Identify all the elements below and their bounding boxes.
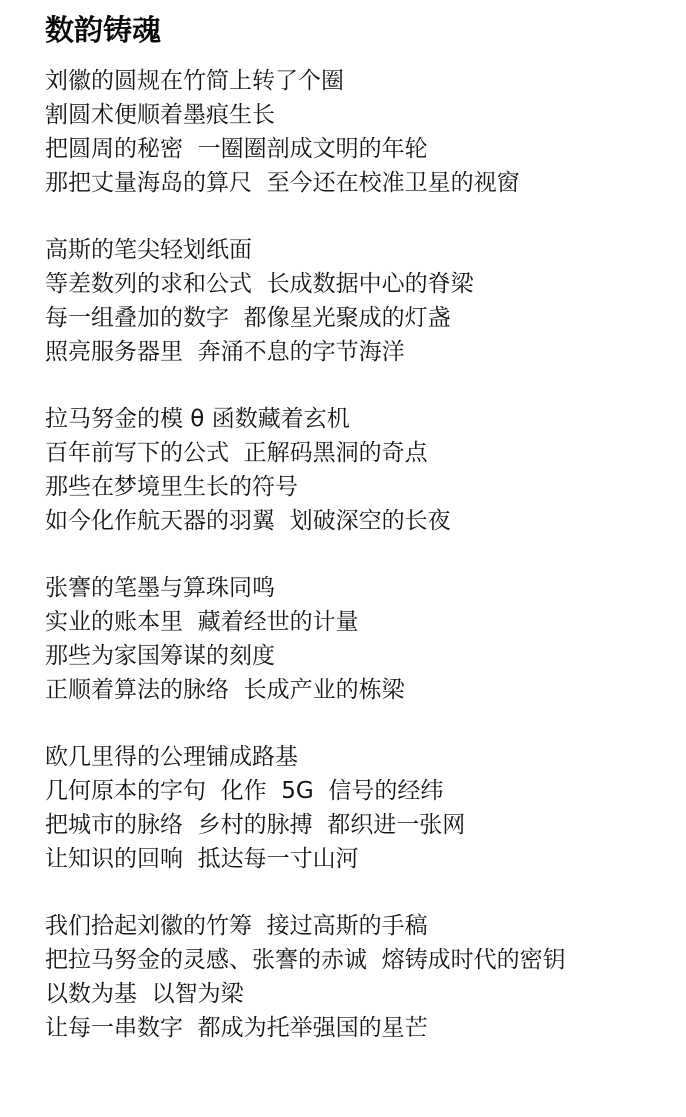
poem-line: 我们拾起刘徽的竹筹 接过高斯的手稿 [45,909,675,943]
poem-line: 几何原本的字句 化作 5G 信号的经纬 [45,774,675,808]
stanza-5: 欧几里得的公理铺成路基 几何原本的字句 化作 5G 信号的经纬 把城市的脉络 乡… [45,740,675,876]
stanza-4: 张謇的笔墨与算珠同鸣 实业的账本里 藏着经世的计量 那些为家国筹谋的刻度 正顺着… [45,571,675,707]
poem-line: 照亮服务器里 奔涌不息的字节海洋 [45,335,675,369]
poem-line: 正顺着算法的脉络 长成产业的栋梁 [45,673,675,707]
poem-title: 数韵铸魂 [45,12,161,48]
poem-line: 百年前写下的公式 正解码黑洞的奇点 [45,436,675,470]
poem-line: 张謇的笔墨与算珠同鸣 [45,571,675,605]
stanza-2: 高斯的笔尖轻划纸面 等差数列的求和公式 长成数据中心的脊梁 每一组叠加的数字 都… [45,233,675,369]
poem-line: 以数为基 以智为梁 [45,977,675,1011]
poem-line: 拉马努金的模 θ 函数藏着玄机 [45,402,675,436]
poem-line: 高斯的笔尖轻划纸面 [45,233,675,267]
poem-line: 刘徽的圆规在竹简上转了个圈 [45,64,675,98]
poem-line: 那些为家国筹谋的刻度 [45,639,675,673]
stanza-1: 刘徽的圆规在竹简上转了个圈 割圆术便顺着墨痕生长 把圆周的秘密 一圈圈剖成文明的… [45,64,675,200]
poem-line: 让每一串数字 都成为托举强国的星芒 [45,1011,675,1045]
poem-page: 数韵铸魂 刘徽的圆规在竹简上转了个圈 割圆术便顺着墨痕生长 把圆周的秘密 一圈圈… [0,0,686,1117]
poem-line: 把城市的脉络 乡村的脉搏 都织进一张网 [45,808,675,842]
poem-line: 那把丈量海岛的算尺 至今还在校准卫星的视窗 [45,166,675,200]
poem-line: 那些在梦境里生长的符号 [45,470,675,504]
poem-line: 欧几里得的公理铺成路基 [45,740,675,774]
poem-line: 实业的账本里 藏着经世的计量 [45,605,675,639]
poem-line: 割圆术便顺着墨痕生长 [45,98,675,132]
poem-line: 让知识的回响 抵达每一寸山河 [45,842,675,876]
poem-line: 等差数列的求和公式 长成数据中心的脊梁 [45,267,675,301]
poem-body: 刘徽的圆规在竹简上转了个圈 割圆术便顺着墨痕生长 把圆周的秘密 一圈圈剖成文明的… [45,64,675,1078]
poem-line: 如今化作航天器的羽翼 划破深空的长夜 [45,504,675,538]
stanza-3: 拉马努金的模 θ 函数藏着玄机 百年前写下的公式 正解码黑洞的奇点 那些在梦境里… [45,402,675,538]
poem-line: 把拉马努金的灵感、张謇的赤诚 熔铸成时代的密钥 [45,943,675,977]
poem-line: 每一组叠加的数字 都像星光聚成的灯盏 [45,301,675,335]
poem-line: 把圆周的秘密 一圈圈剖成文明的年轮 [45,132,675,166]
stanza-6: 我们拾起刘徽的竹筹 接过高斯的手稿 把拉马努金的灵感、张謇的赤诚 熔铸成时代的密… [45,909,675,1045]
